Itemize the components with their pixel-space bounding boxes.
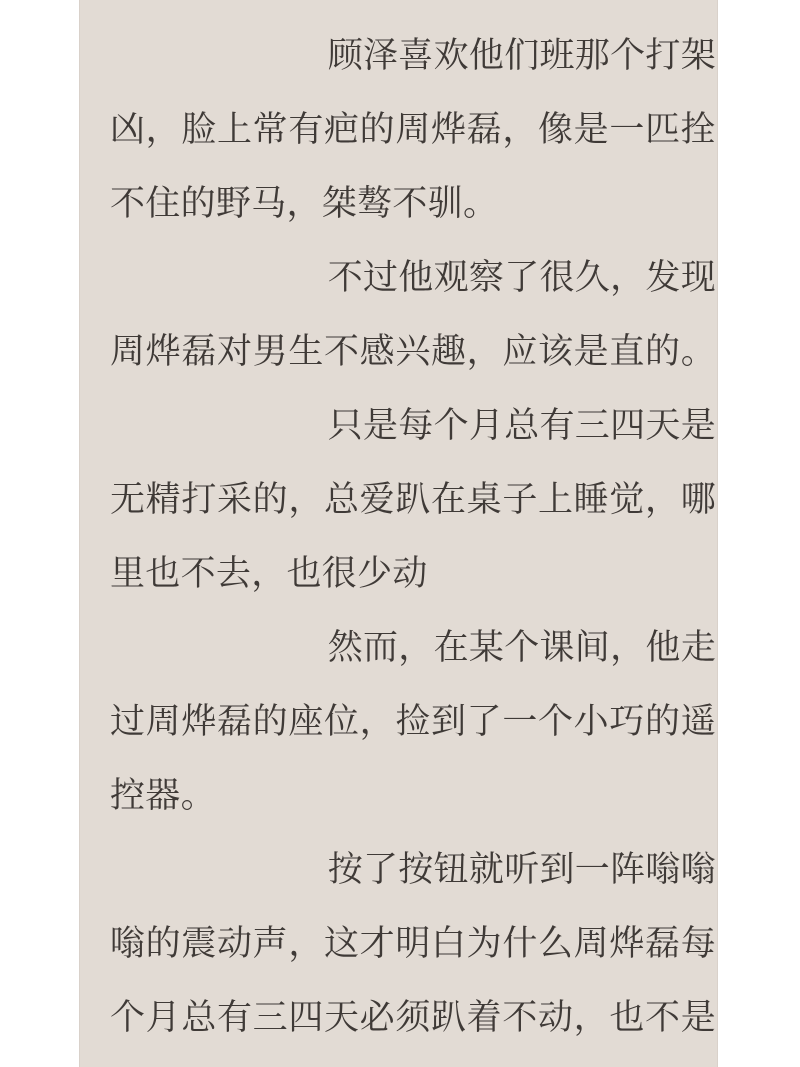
text-line: 凶，脸上常有疤的周烨磊，像是一匹拴 xyxy=(110,93,716,167)
text-line: 过周烨磊的座位，捡到了一个小巧的遥 xyxy=(110,685,716,759)
text-line: 不住的野马，桀骜不驯。 xyxy=(110,167,716,241)
text-line: 然而，在某个课间，他走 xyxy=(110,611,716,685)
text-line: 按了按钮就听到一阵嗡嗡 xyxy=(110,833,716,907)
text-line: 无精打采的，总爱趴在桌子上睡觉，哪 xyxy=(110,463,716,537)
text-line: 周烨磊对男生不感兴趣，应该是直的。 xyxy=(110,315,716,389)
text-line: 嗡的震动声，这才明白为什么周烨磊每 xyxy=(110,907,716,981)
text-line: 个月总有三四天必须趴着不动，也不是 xyxy=(110,981,716,1055)
text-line: 里也不去，也很少动 xyxy=(110,537,716,611)
story-text: 顾泽喜欢他们班那个打架 凶，脸上常有疤的周烨磊，像是一匹拴 不住的野马，桀骜不驯… xyxy=(79,0,718,1055)
text-line: 不过他观察了很久，发现 xyxy=(110,241,716,315)
text-line: 顾泽喜欢他们班那个打架 xyxy=(110,19,716,93)
text-line: 控器。 xyxy=(110,759,716,833)
text-line: 只是每个月总有三四天是 xyxy=(110,389,716,463)
reader-page[interactable]: 顾泽喜欢他们班那个打架 凶，脸上常有疤的周烨磊，像是一匹拴 不住的野马，桀骜不驯… xyxy=(79,0,718,1067)
